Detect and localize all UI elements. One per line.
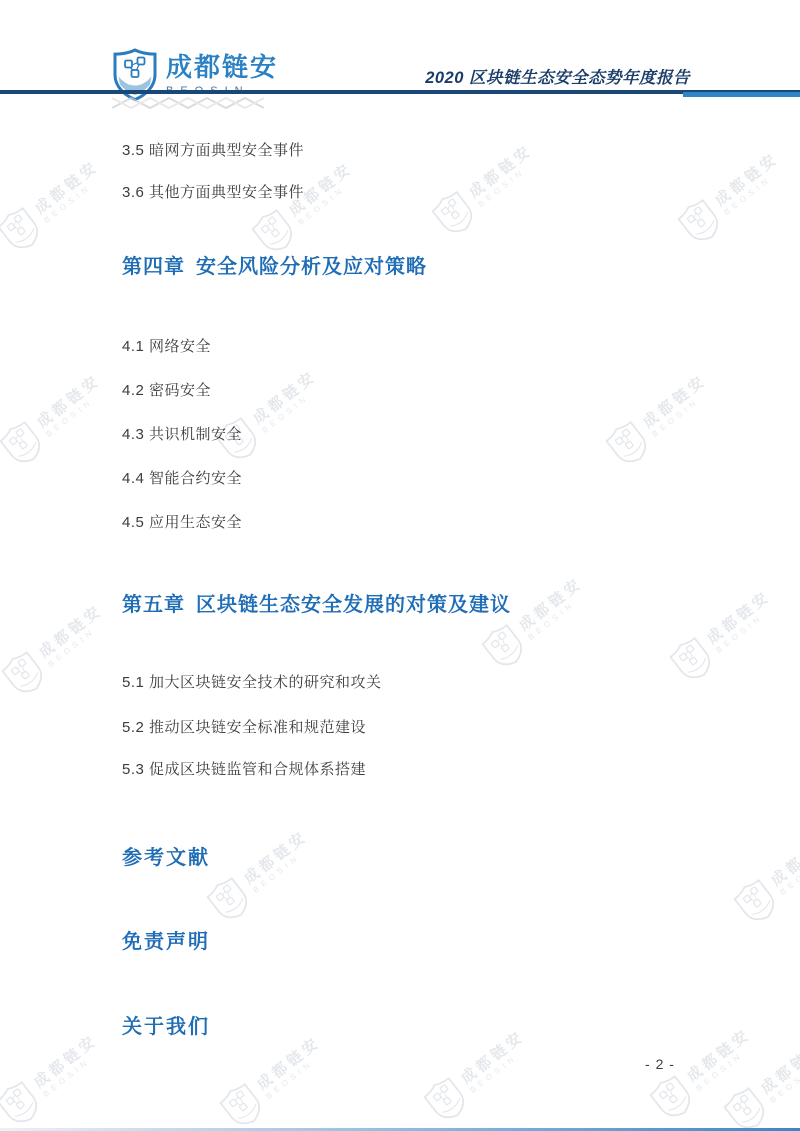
watermark: 成都链安BEOSIN xyxy=(729,823,800,929)
toc-item-5-2: 5.2 推动区块链安全标准和规范建设 xyxy=(122,716,366,737)
svg-text:Beosin: Beosin xyxy=(127,81,143,87)
report-title: 2020 区块链生态安全态势年度报告 xyxy=(425,64,690,88)
about-us-heading: 关于我们 xyxy=(122,1010,210,1039)
watermark-shield-icon xyxy=(665,632,719,687)
chapter4-title: 安全风险分析及应对策略 xyxy=(196,256,427,278)
toc-item-5-3: 5.3 促成区块链监管和合规体系搭建 xyxy=(122,758,366,779)
watermark-shield-icon xyxy=(215,1078,269,1131)
toc-item-4-1: 4.1 网络安全 xyxy=(122,335,211,356)
toc-item-3-6: 3.6 其他方面典型安全事件 xyxy=(122,181,304,202)
watermark: 成都链安BEOSIN xyxy=(0,151,113,257)
watermark: 成都链安BEOSIN xyxy=(202,821,322,927)
watermark-shield-icon xyxy=(0,646,51,701)
toc-item-3-5: 3.5 暗网方面典型安全事件 xyxy=(122,139,304,160)
watermark: 成都链安BEOSIN xyxy=(477,568,597,674)
watermark: 成都链安BEOSIN xyxy=(247,153,367,259)
watermark-shield-icon xyxy=(477,619,531,674)
watermark: 成都链安BEOSIN xyxy=(211,361,331,467)
watermark-shield-icon xyxy=(419,1072,473,1127)
watermark-shield-icon xyxy=(0,416,49,471)
chapter5-title: 区块链生态安全发展的对策及建议 xyxy=(196,594,511,616)
report-page: 成都链安BEOSIN 成都链安BEOSIN 成都链安BEOSIN 成都链安BEO… xyxy=(0,0,800,1131)
watermark: 成都链安BEOSIN xyxy=(719,1031,800,1131)
chapter5-heading: 第五章区块链生态安全发展的对策及建议 xyxy=(122,588,511,617)
chapter4-heading: 第四章安全风险分析及应对策略 xyxy=(122,250,427,279)
disclaimer-heading: 免责声明 xyxy=(122,925,210,954)
watermark-shield-icon xyxy=(0,202,47,257)
watermark: 成都链安BEOSIN xyxy=(601,365,721,471)
watermark: 成都链安BEOSIN xyxy=(427,135,547,241)
toc-item-4-2: 4.2 密码安全 xyxy=(122,379,211,400)
logo-zigzag-decoration xyxy=(112,95,264,111)
chapter5-label: 第五章 xyxy=(122,594,185,616)
toc-item-4-5: 4.5 应用生态安全 xyxy=(122,511,242,532)
watermark: 成都链安BEOSIN xyxy=(215,1027,335,1131)
watermark-shield-icon xyxy=(202,872,256,927)
watermark-shield-icon xyxy=(645,1070,699,1125)
chapter4-label: 第四章 xyxy=(122,256,185,278)
page-number: - 2 - xyxy=(612,1056,708,1072)
watermark-shield-icon xyxy=(729,874,783,929)
toc-item-4-4: 4.4 智能合约安全 xyxy=(122,467,242,488)
references-heading: 参考文献 xyxy=(122,841,210,870)
toc-item-4-3: 4.3 共识机制安全 xyxy=(122,423,242,444)
watermark-shield-icon xyxy=(719,1082,773,1131)
watermark: 成都链安BEOSIN xyxy=(419,1021,539,1127)
header-rule-accent xyxy=(683,92,800,97)
watermark: 成都链安BEOSIN xyxy=(645,1019,765,1125)
watermark: 成都链安BEOSIN xyxy=(0,1025,112,1131)
watermark: 成都链安BEOSIN xyxy=(665,581,785,687)
watermark: 成都链安BEOSIN xyxy=(673,143,793,249)
toc-item-5-1: 5.1 加大区块链安全技术的研究和攻关 xyxy=(122,671,382,692)
header-rule xyxy=(0,90,800,94)
watermark-shield-icon xyxy=(427,186,481,241)
logo-name-cn: 成都链安 xyxy=(166,54,278,81)
watermark: 成都链安BEOSIN xyxy=(0,595,117,701)
watermark-shield-icon xyxy=(0,1076,46,1131)
watermark: 成都链安BEOSIN xyxy=(0,365,115,471)
watermark-shield-icon xyxy=(601,416,655,471)
watermark-shield-icon xyxy=(673,194,727,249)
